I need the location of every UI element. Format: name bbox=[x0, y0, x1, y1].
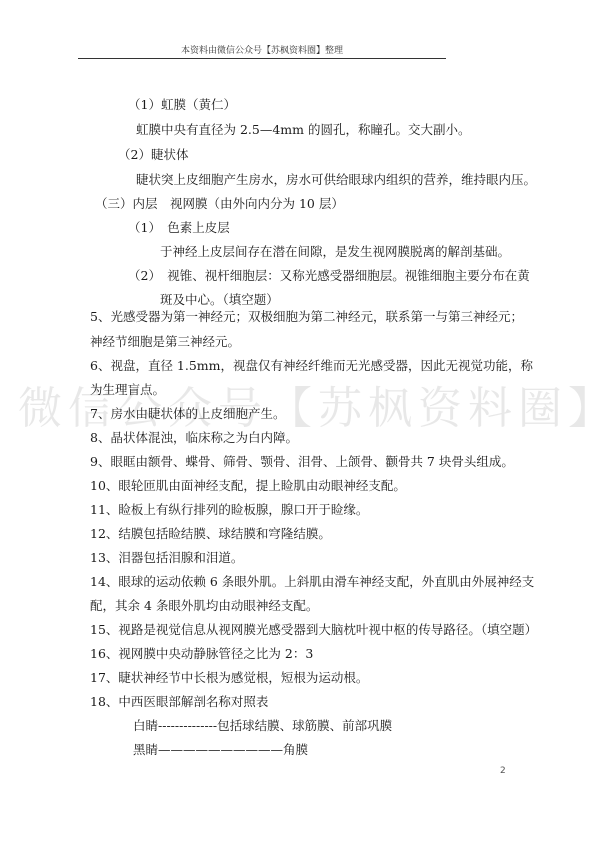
text-line: 5、光感受器为第一神经元；双极细胞为第二神经元，联系第一与第三神经元； bbox=[90, 309, 523, 325]
text-line: 8、晶状体混浊，临床称之为白内障。 bbox=[90, 430, 298, 446]
text-line: 黑睛——————————角膜 bbox=[133, 742, 308, 758]
text-line: 10、眼轮匝肌由面神经支配，提上睑肌由动眼神经支配。 bbox=[90, 478, 406, 494]
text-line: （2） 视锥、视杆细胞层：又称光感受器细胞层。视锥细胞主要分布在黄 bbox=[128, 268, 530, 284]
header-text: 本资料由微信公众号【苏枫资料圈】整理 bbox=[181, 46, 343, 56]
text-line: 16、视网膜中央动静脉管径之比为 2：3 bbox=[90, 646, 313, 662]
text-line: 配，其余 4 条眼外肌均由动眼神经支配。 bbox=[90, 598, 318, 614]
text-line: 9、眼眶由额骨、蝶骨、筛骨、颚骨、泪骨、上颌骨、颧骨共 7 块骨头组成。 bbox=[90, 454, 514, 470]
text-line: 虹膜中央有直径为 2.5—4mm 的圆孔，称瞳孔。交大副小。 bbox=[136, 122, 471, 138]
text-line: （1） 色素上皮层 bbox=[128, 220, 230, 236]
text-line: （2）睫状体 bbox=[118, 147, 188, 163]
page-number: 2 bbox=[500, 766, 506, 776]
text-line: 白睛--------------包括球结膜、球筋膜、前部巩膜 bbox=[133, 718, 392, 734]
text-line: 神经节细胞是第三神经元。 bbox=[90, 334, 240, 350]
text-line: 17、睫状神经节中长根为感觉根，短根为运动根。 bbox=[90, 670, 368, 686]
text-line: （1）虹膜（黄仁） bbox=[128, 97, 236, 113]
text-line: 斑及中心。（填空题） bbox=[160, 292, 279, 308]
text-line: 13、泪器包括泪腺和泪道。 bbox=[90, 550, 243, 566]
text-line: 为生理盲点。 bbox=[90, 382, 165, 398]
text-line: 15、视路是视觉信息从视网膜光感受器到大脑枕叶视中枢的传导路径。（填空题） bbox=[90, 622, 537, 638]
text-line: 6、视盘，直径 1.5mm，视盘仅有神经纤维而无光感受器，因此无视觉功能，称 bbox=[90, 358, 533, 374]
text-line: 14、眼球的运动依赖 6 条眼外肌。上斜肌由滑车神经支配，外直肌由外展神经支 bbox=[90, 574, 534, 590]
text-line: 于神经上皮层间存在潜在间隙，是发生视网膜脱离的解剖基础。 bbox=[160, 244, 510, 260]
text-line: 11、睑板上有纵行排列的睑板腺，腺口开于睑缘。 bbox=[90, 502, 368, 518]
text-line: 12、结膜包括睑结膜、球结膜和穹隆结膜。 bbox=[90, 526, 331, 542]
text-line: 睫状突上皮细胞产生房水，房水可供给眼球内组织的营养，维持眼内压。 bbox=[136, 172, 536, 188]
text-line: 18、中西医眼部解剖名称对照表 bbox=[90, 694, 268, 710]
text-line: （三）内层 视网膜（由外向内分为 10 层） bbox=[95, 196, 344, 212]
text-line: 7、房水由睫状体的上皮细胞产生。 bbox=[90, 406, 285, 422]
page-header: 本资料由微信公众号【苏枫资料圈】整理 bbox=[78, 40, 446, 59]
